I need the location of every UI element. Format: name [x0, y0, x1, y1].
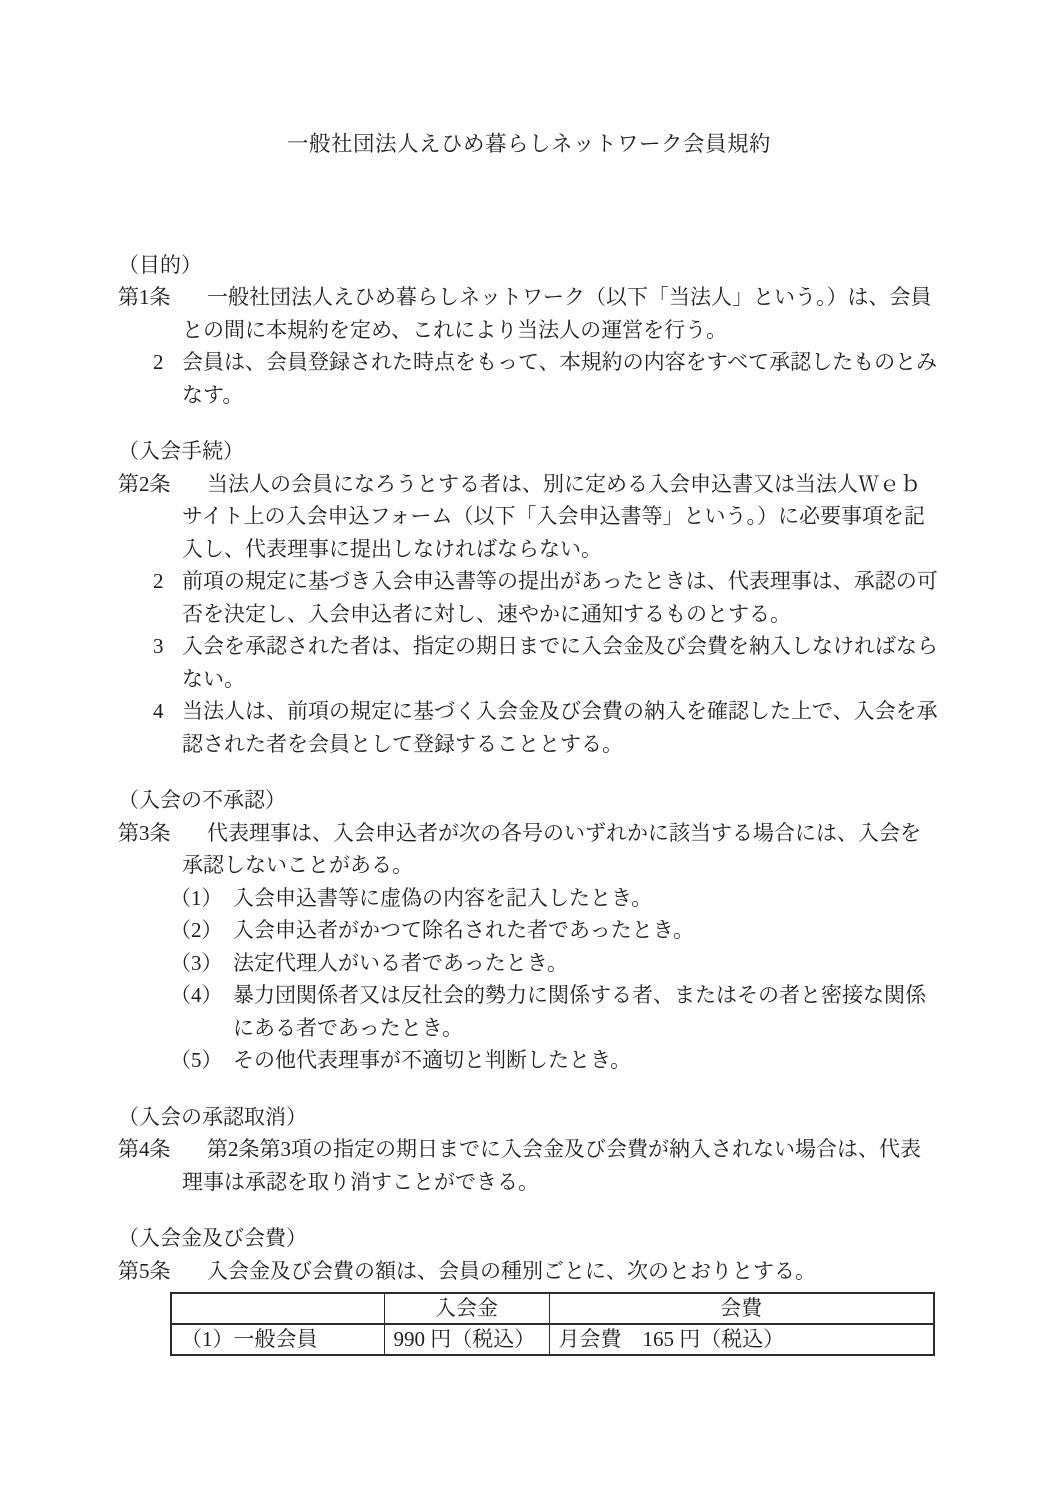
sub-text: 前項の規定に基づき入会申込書等の提出があったときは、代表理事は、承認の可否を決定…	[182, 569, 938, 626]
article-text: 当法人の会員になろうとする者は、別に定める入会申込書又は当法人Ｗｅｂサイト上の入…	[182, 472, 925, 561]
article-paragraph: 第3条代表理事は、入会申込者が次の各号のいずれかに該当する場合には、入会を承認し…	[118, 817, 940, 882]
sub-paragraph: 2前項の規定に基づき入会申込書等の提出があったときは、代表理事は、承認の可否を決…	[118, 565, 940, 630]
item-text: 入会申込書等に虚偽の内容を記入したとき。	[233, 886, 652, 910]
section-gap	[118, 760, 940, 784]
article-text: 入会金及び会費の額は、会員の種別ごとに、次のとおりとする。	[207, 1259, 816, 1283]
document-title: 一般社団法人えひめ暮らしネットワーク会員規約	[118, 128, 940, 161]
article-paragraph: 第4条第2条第3項の指定の期日までに入会金及び会費が納入されない場合は、代表理事…	[118, 1133, 940, 1198]
article-label: 第2条	[118, 468, 207, 501]
article-label: 第1条	[118, 281, 207, 314]
item-label: （4）	[170, 979, 233, 1012]
item-paragraph: （1）入会申込書等に虚偽の内容を記入したとき。	[118, 882, 940, 915]
item-label: （5）	[170, 1044, 233, 1077]
section-gap	[118, 1077, 940, 1101]
document-body: （目的）第1条一般社団法人えひめ暮らしネットワーク（以下「当法人」という。）は、…	[118, 249, 940, 1288]
section-heading: （目的）	[118, 249, 940, 282]
article-paragraph: 第1条一般社団法人えひめ暮らしネットワーク（以下「当法人」という。）は、会員との…	[118, 281, 940, 346]
sub-label: 4	[153, 695, 182, 728]
section-heading: （入会の不承認）	[118, 784, 940, 817]
sub-text: 当法人は、前項の規定に基づく入会金及び会費の納入を確認した上で、入会を承認された…	[182, 699, 938, 756]
item-paragraph: （2）入会申込者がかつて除名された者であったとき。	[118, 914, 940, 947]
article-label: 第4条	[118, 1133, 207, 1166]
item-text: 入会申込者がかつて除名された者であったとき。	[233, 918, 694, 942]
sub-paragraph: 2会員は、会員登録された時点をもって、本規約の内容をすべて承認したものとみなす。	[118, 346, 940, 411]
fee-table-header-cell: 入会金	[384, 1293, 549, 1324]
section-heading: （入会手続）	[118, 435, 940, 468]
article-paragraph: 第5条入会金及び会費の額は、会員の種別ごとに、次のとおりとする。	[118, 1255, 940, 1288]
document-page: 一般社団法人えひめ暮らしネットワーク会員規約 （目的）第1条一般社団法人えひめ暮…	[0, 0, 1058, 1497]
fee-table-header-row: 入会金会費	[171, 1293, 934, 1324]
item-text: 法定代理人がいる者であったとき。	[233, 951, 568, 975]
fee-table-row: （1）一般会員990 円（税込）月会費 165 円（税込）	[171, 1324, 934, 1355]
sub-label: 2	[153, 346, 182, 379]
section-gap	[118, 411, 940, 435]
fee-table-cell: 990 円（税込）	[384, 1324, 549, 1355]
item-paragraph: （4）暴力団関係者又は反社会的勢力に関係する者、またはその者と密接な関係にある者…	[118, 979, 940, 1044]
fee-table-cell: （1）一般会員	[171, 1324, 384, 1355]
item-paragraph: （5）その他代表理事が不適切と判断したとき。	[118, 1044, 940, 1077]
sub-label: 3	[153, 630, 182, 663]
sub-label: 2	[153, 565, 182, 598]
sub-paragraph: 3入会を承認された者は、指定の期日までに入会金及び会費を納入しなければならない。	[118, 630, 940, 695]
section-gap	[118, 1198, 940, 1222]
fee-table-header-cell: 会費	[549, 1293, 934, 1324]
item-label: （2）	[170, 914, 233, 947]
item-label: （1）	[170, 882, 233, 915]
article-text: 一般社団法人えひめ暮らしネットワーク（以下「当法人」という。）は、会員との間に本…	[182, 285, 932, 342]
fee-table: 入会金会費（1）一般会員990 円（税込）月会費 165 円（税込）	[170, 1292, 935, 1356]
sub-paragraph: 4当法人は、前項の規定に基づく入会金及び会費の納入を確認した上で、入会を承認され…	[118, 695, 940, 760]
section-heading: （入会金及び会費）	[118, 1222, 940, 1255]
fee-table-header-cell	[171, 1293, 384, 1324]
section-heading: （入会の承認取消）	[118, 1101, 940, 1134]
article-text: 第2条第3項の指定の期日までに入会金及び会費が納入されない場合は、代表理事は承認…	[182, 1137, 921, 1194]
fee-table-cell: 月会費 165 円（税込）	[549, 1324, 934, 1355]
fee-table-body: 入会金会費（1）一般会員990 円（税込）月会費 165 円（税込）	[171, 1293, 934, 1355]
article-label: 第5条	[118, 1255, 207, 1288]
article-paragraph: 第2条当法人の会員になろうとする者は、別に定める入会申込書又は当法人Ｗｅｂサイト…	[118, 468, 940, 566]
sub-text: 会員は、会員登録された時点をもって、本規約の内容をすべて承認したものとみなす。	[182, 350, 937, 407]
item-label: （3）	[170, 947, 233, 980]
sub-text: 入会を承認された者は、指定の期日までに入会金及び会費を納入しなければならない。	[182, 634, 938, 691]
article-label: 第3条	[118, 817, 207, 850]
item-text: 暴力団関係者又は反社会的勢力に関係する者、またはその者と密接な関係にある者であっ…	[233, 983, 926, 1040]
item-paragraph: （3）法定代理人がいる者であったとき。	[118, 947, 940, 980]
article-text: 代表理事は、入会申込者が次の各号のいずれかに該当する場合には、入会を承認しないこ…	[182, 821, 921, 878]
item-text: その他代表理事が不適切と判断したとき。	[233, 1048, 631, 1072]
